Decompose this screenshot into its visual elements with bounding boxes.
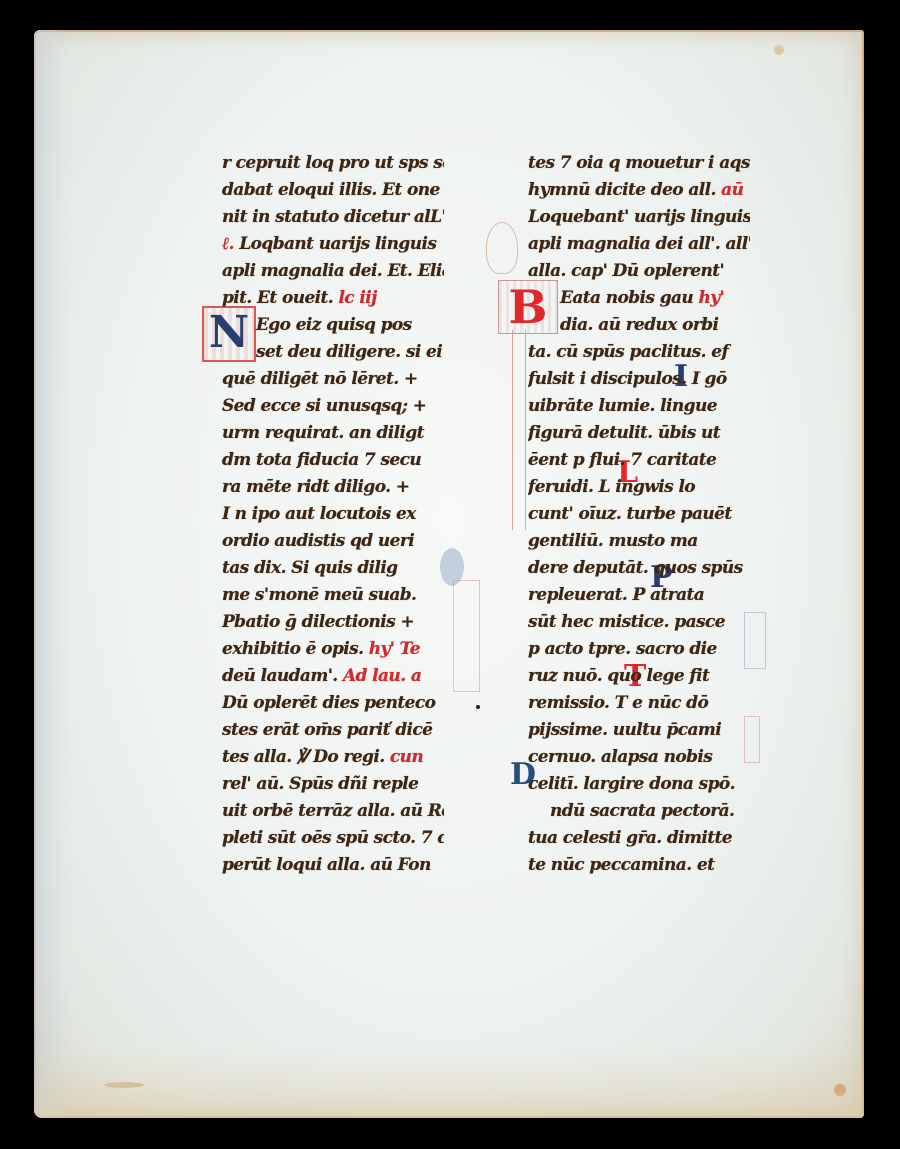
- text-line: exhibitio ē opis. hy' Te: [222, 636, 444, 663]
- text-line: ruz nuō. quo lege fit: [528, 663, 750, 690]
- text-line: dm tota fiducia 7 secu: [222, 447, 444, 474]
- text-line: pit. Et oueit. lc iij: [222, 285, 444, 312]
- text-line: ta. cū spūs paclitus. ef: [528, 339, 750, 366]
- text-line: nit in statuto dicetur alL'.: [222, 204, 444, 231]
- text-line: I n ipo aut locutois ex: [222, 501, 444, 528]
- text-line: tes alla. ℣ Do regi. cun: [222, 744, 444, 771]
- stain-top-right: [774, 45, 784, 55]
- right-text-column: tes 7 oia q mouetur i aqs. hymnū dicite …: [528, 150, 750, 879]
- text-line: sūt hec mistice. pasce: [528, 609, 750, 636]
- text-line: dia. aū redux orbi: [528, 312, 750, 339]
- text-line: deū laudam'. Ad lau. a: [222, 663, 444, 690]
- text-line: ℓ. Loqbant uarijs linguis: [222, 231, 444, 258]
- penwork-border-b: [512, 330, 526, 530]
- text-line: feruidi. L ingwis lo: [528, 474, 750, 501]
- text-line: tua celesti gr̄a. dimitte: [528, 825, 750, 852]
- text-line: set deu diligere. si ei: [222, 339, 444, 366]
- text-line: remissio. T e nūc dō: [528, 690, 750, 717]
- text-line: perūt loqui alla. aū Fon: [222, 852, 444, 879]
- text-line: repleuerat. P atrata: [528, 582, 750, 609]
- text-line: dabat eloqui illis. Et one: [222, 177, 444, 204]
- text-line: tas dix. Si quis dilig: [222, 555, 444, 582]
- text-line: cunt' oīuz. turbe pauēt: [528, 501, 750, 528]
- text-line: apli magnalia dei all'. all'.: [528, 231, 750, 258]
- text-line: pijssime. uultu p̄cami: [528, 717, 750, 744]
- text-line: te nūc peccamina. et: [528, 852, 750, 879]
- text-line: alla. cap' Dū oplerent': [528, 258, 750, 285]
- text-line: celitī. largire dona spō.: [528, 771, 750, 798]
- faint-box-mid: [453, 580, 480, 692]
- text-line: ordio audistis qd ueri: [222, 528, 444, 555]
- text-line: uibrāte lumie. lingue: [528, 393, 750, 420]
- penwork-flourish: [486, 222, 518, 274]
- ink-dot: [476, 705, 480, 709]
- text-line: me s'monē meū suab.: [222, 582, 444, 609]
- stain-bottom-left: [104, 1082, 144, 1088]
- text-line: ēent p flui. 7 caritate: [528, 447, 750, 474]
- text-line: Dū oplerēt dies penteco: [222, 690, 444, 717]
- left-text-column: r cepruit loq pro ut sps scs dabat eloqu…: [222, 150, 444, 879]
- text-line: apli magnalia dei. Et. Elia: [222, 258, 444, 285]
- text-line: cernuo. alapsa nobis: [528, 744, 750, 771]
- text-line: Ego eiz quisq pos: [222, 312, 444, 339]
- text-line: hymnū dicite deo all. aū: [528, 177, 750, 204]
- text-line: p acto tpre. sacro die: [528, 636, 750, 663]
- text-line: rel' aū. Spūs dñi reple: [222, 771, 444, 798]
- text-line: figurā detulit. ūbis ut: [528, 420, 750, 447]
- text-line: Pbatio ḡ dilectionis +: [222, 609, 444, 636]
- text-line: stes erāt om̄s pariť dicē: [222, 717, 444, 744]
- text-line: pleti sūt oēs spū scto. 7 ce: [222, 825, 444, 852]
- text-line: gentiliū. musto ma: [528, 528, 750, 555]
- text-line: ra mēte ridt diligo. +: [222, 474, 444, 501]
- text-line: Loquebant' uarijs linguis: [528, 204, 750, 231]
- text-line: quē diligēt nō lēret. +: [222, 366, 444, 393]
- text-line: dere deputāt. quos spūs: [528, 555, 750, 582]
- text-line: r cepruit loq pro ut sps scs: [222, 150, 444, 177]
- text-line: tes 7 oia q mouetur i aqs.: [528, 150, 750, 177]
- text-line: Eata nobis gau hy': [528, 285, 750, 312]
- text-line: urm requirat. an diligt: [222, 420, 444, 447]
- text-line: Sed ecce si unusqsq; +: [222, 393, 444, 420]
- text-line: uit orbē terrāz alla. aū Re: [222, 798, 444, 825]
- text-line: ndū sacrata pectorā.: [528, 798, 750, 825]
- text-line: fulsit i discipulos. I gō: [528, 366, 750, 393]
- stain-bottom-right: [834, 1084, 846, 1096]
